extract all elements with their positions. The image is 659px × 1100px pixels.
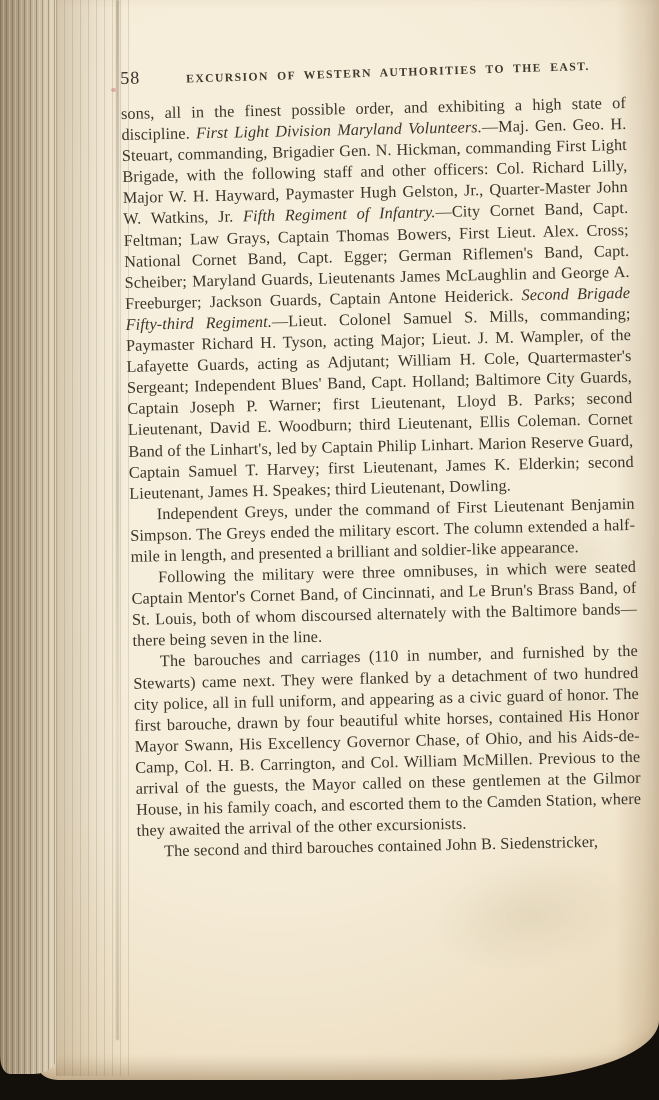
page-content: 58 EXCURSION OF WESTERN AUTHORITIES TO T… [120,57,642,863]
paper-speck [111,88,116,92]
text-segment-italic: First Light Division Maryland Volunteers… [196,118,482,142]
body-paragraph-3: Following the military were three omnibu… [131,557,638,652]
text-segment: —Lieut. Colonel Samuel S. Mills, command… [126,305,634,503]
page-number: 58 [120,68,140,89]
body-paragraph-2: Independent Greys, under the command of … [130,494,636,568]
scanned-book-page: 58 EXCURSION OF WESTERN AUTHORITIES TO T… [0,0,659,1100]
book-fore-edge-pages [0,0,58,1074]
page-crease [116,0,119,1040]
body-paragraph-1: sons, all in the finest possible order, … [121,93,635,505]
body-paragraph-4: The barouches and carriages (110 in numb… [133,641,642,842]
text-segment-italic: Fifth Regiment of Infantry. [243,204,436,226]
